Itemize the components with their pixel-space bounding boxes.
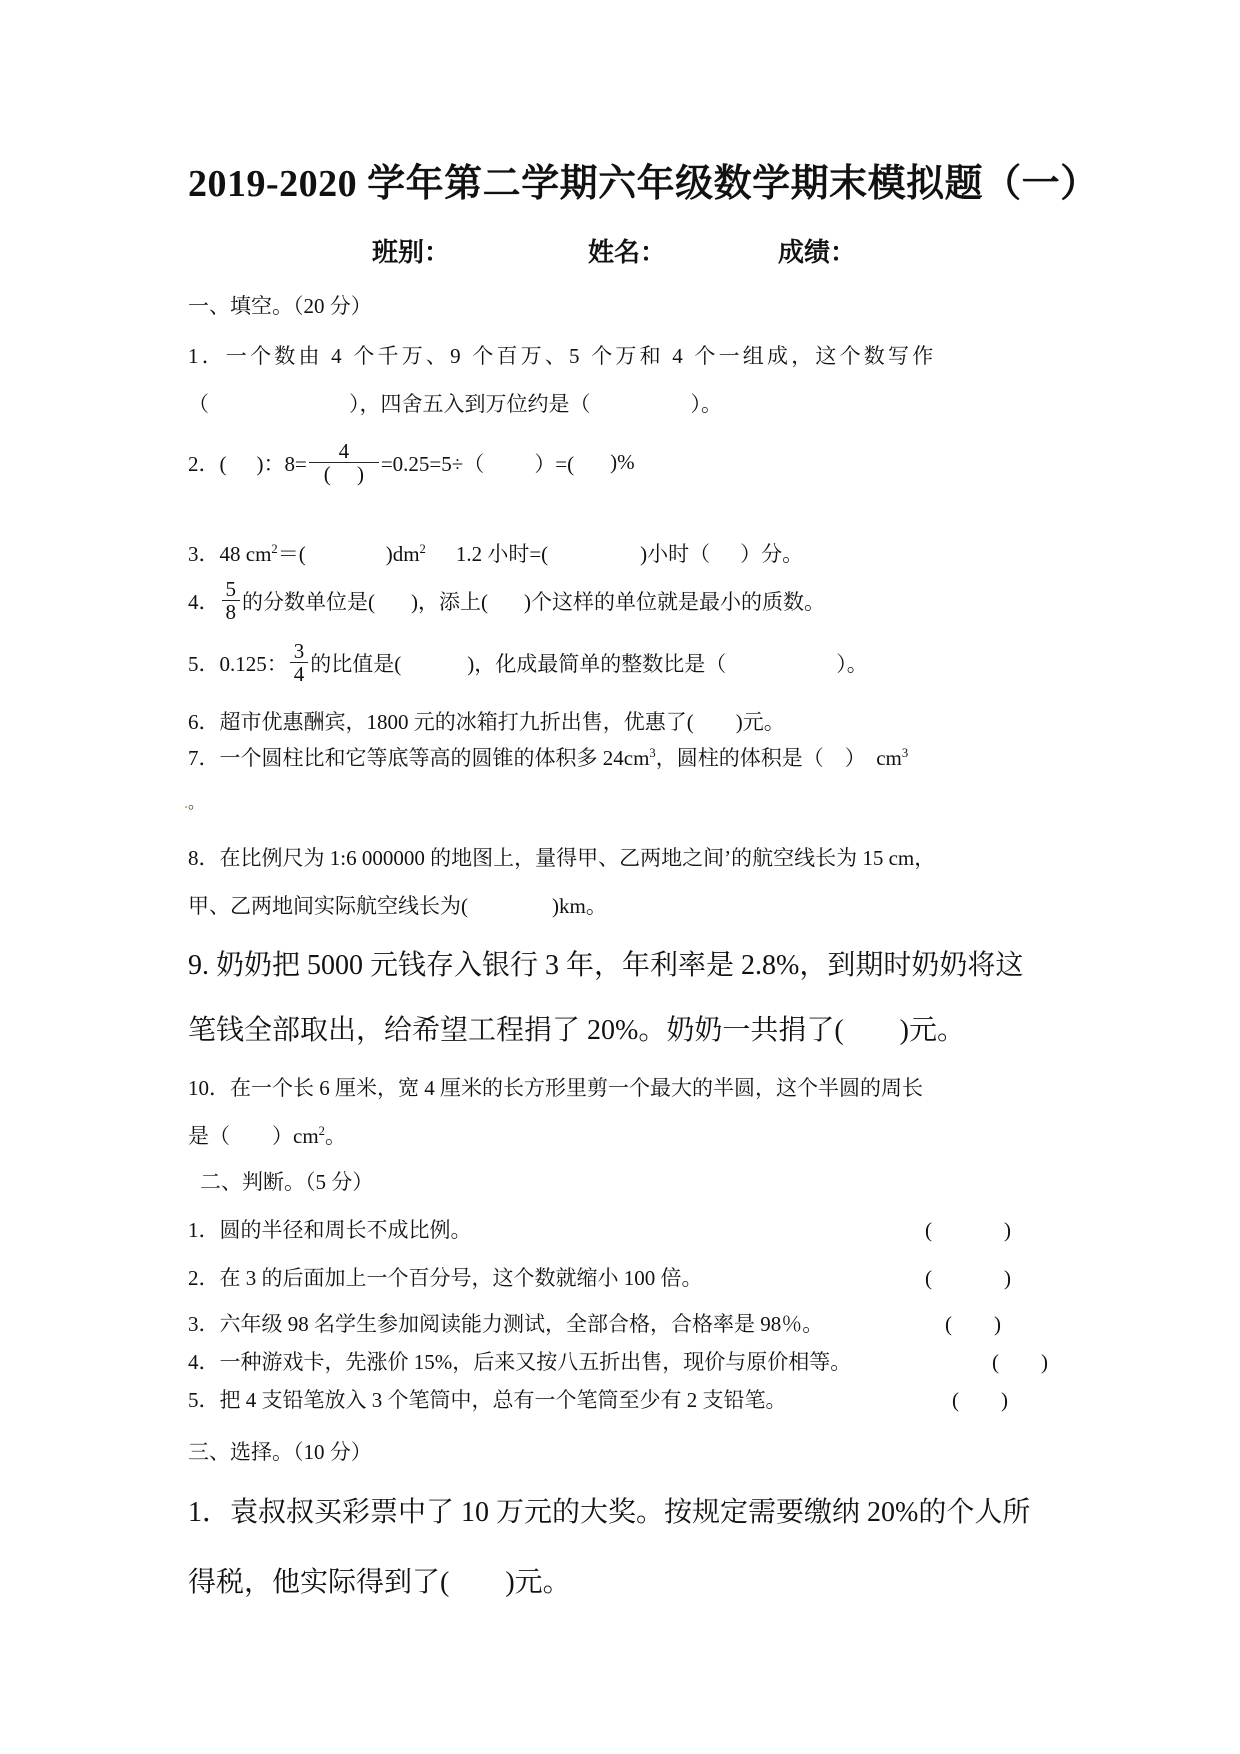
name-label: 姓名： [588,232,666,269]
q10-part: 是（ ）cm [188,1124,319,1148]
fraction-numerator: 5 [222,578,241,601]
judge-item-1: 1．圆的半径和周长不成比例。 [188,1214,472,1244]
q3-part: 1.2 小时=( [456,542,548,566]
fraction-numerator: 3 [290,640,309,663]
q2-part: )：8= [257,448,307,478]
question-10-line-1: 10．在一个长 6 厘米，宽 4 厘米的长方形里剪一个最大的半圆，这个半圆的周长 [188,1072,923,1102]
q5-part: )，化成最简单的整数比是（ [467,648,726,678]
fraction: 34 [290,640,309,685]
q7-part: 7．一个圆柱比和它等底等高的圆锥的体积多 24cm [188,746,649,770]
judge-answer-bracket-3[interactable]: ( ) [945,1308,1001,1338]
section-choice-heading: 三、选择。（10 分） [188,1436,372,1466]
q3-part: 3．48 cm [188,542,271,566]
q2-part: )% [610,450,635,475]
fraction: 4( ) [309,440,379,485]
question-9-line-2: 笔钱全部取出，给希望工程捐了 20%。奶奶一共捐了( )元。 [188,1008,965,1048]
question-5: 5．0.125： 34 的比值是()，化成最简单的整数比是（）。 [188,640,868,685]
q3-part: )dm [386,542,420,566]
q4-part: 的分数单位是( [242,586,375,616]
q5-part: 的比值是( [310,648,401,678]
q4-part: 4． [188,586,220,616]
judge-item-4: 4．一种游戏卡，先涨价 15%，后来又按八五折出售，现价与原价相等。 [188,1346,851,1376]
q1-open: （ [188,392,209,416]
judge-item-3: 3．六年级 98 名学生参加阅读能力测试，全部合格，合格率是 98％。 [188,1308,823,1338]
question-10-line-2: 是（ ）cm2。 [188,1120,346,1150]
q4-part: )，添上( [411,586,488,616]
question-7: 7．一个圆柱比和它等底等高的圆锥的体积多 24cm3，圆柱的体积是（ ） cm3 [188,742,908,772]
score-label: 成绩： [778,232,856,269]
question-1-line-2: （），四舍五入到万位约是（）。 [188,388,722,418]
judge-item-5: 5．把 4 支铅笔放入 3 个笔筒中，总有一个笔筒至少有 2 支铅笔。 [188,1384,787,1414]
page-title: 2019-2020 学年第二学期六年级数学期末模拟题（一） [188,152,1099,207]
judge-answer-bracket-5[interactable]: ( ) [952,1384,1008,1414]
q3-part: ）分。 [740,542,803,566]
judge-item-2: 2．在 3 的后面加上一个百分号，这个数就缩小 100 倍。 [188,1262,703,1292]
q7-part: ，圆柱的体积是（ ） cm [656,746,902,770]
judge-answer-bracket-4[interactable]: ( ) [992,1346,1048,1376]
q1-end: ）。 [691,392,723,416]
q4-part: )个这样的单位就是最小的质数。 [524,586,825,616]
choice-question-1-line-2: 得税，他实际得到了( )元。 [188,1560,571,1600]
fraction-denominator: 8 [222,601,241,623]
superscript: 2 [420,542,426,556]
q2-part: =0.25=5÷（ [381,448,484,478]
fraction-denominator[interactable]: ( ) [309,463,379,485]
q2-part: 2．( [188,448,227,478]
question-4: 4． 58 的分数单位是()，添上()个这样的单位就是最小的质数。 [188,578,825,623]
q5-part: ）。 [836,648,868,678]
period: 。 [188,795,204,812]
superscript: 3 [902,746,908,760]
q10-part: 。 [325,1124,346,1148]
fraction-denominator: 4 [290,663,309,685]
section-fill-blank-heading: 一、填空。（20 分） [188,290,372,320]
question-8-line-2: 甲、乙两地间实际航空线长为( )km。 [188,890,607,920]
q3-part: )小时（ [640,542,710,566]
question-3: 3．48 cm2＝()dm21.2 小时=()小时（）分。 [188,538,803,568]
question-6: 6．超市优惠酬宾，1800 元的冰箱打九折出售，优惠了( )元。 [188,706,785,736]
section-judge-heading: 二、判断。（5 分） [200,1166,373,1196]
class-label: 班别： [372,232,450,269]
question-1-line-1: 1．一个数由 4 个千万、9 个百万、5 个万和 4 个一组成，这个数写作 [188,340,936,370]
q3-part: ＝( [278,542,306,566]
judge-answer-bracket-1[interactable]: ( ) [925,1214,1021,1244]
fraction: 58 [222,578,241,623]
q2-part: ）=( [534,448,574,478]
choice-question-1-line-1: 1．袁叔叔买彩票中了 10 万元的大奖。按规定需要缴纳 20%的个人所 [188,1490,1030,1530]
judge-answer-bracket-2[interactable]: ( ) [925,1262,1021,1292]
question-8-line-1: 8．在比例尺为 1:6 000000 的地图上，量得甲、乙两地之间’的航空线长为… [188,842,935,872]
question-2: 2．()：8= 4( ) =0.25=5÷（）=()% [188,440,635,485]
question-9-line-1: 9. 奶奶把 5000 元钱存入银行 3 年，年利率是 2.8%，到期时奶奶将这 [188,943,1023,983]
fraction-numerator: 4 [309,440,379,463]
q5-part: 5．0.125： [188,648,288,678]
question-7-end: .。 [184,790,204,813]
q1-middle: ），四舍五入到万位约是（ [349,392,591,416]
